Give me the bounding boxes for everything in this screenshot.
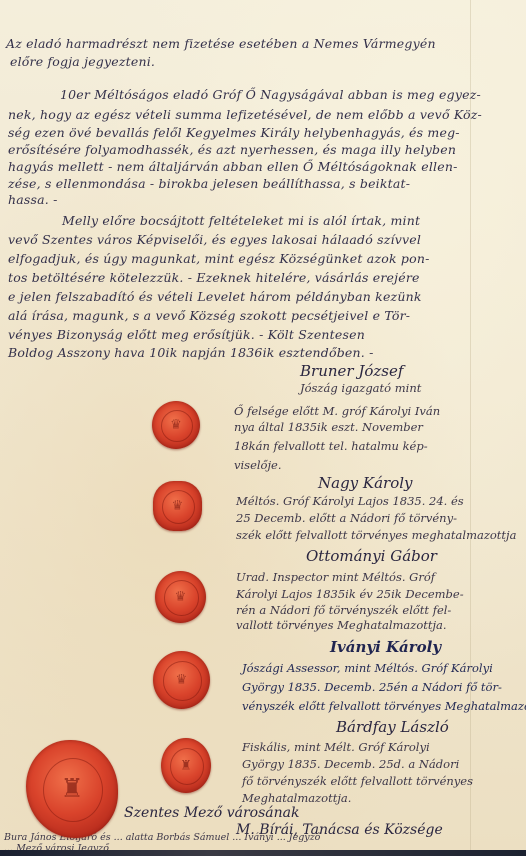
body-line: Melly előre bocsájtott feltételeket mi i… [62, 214, 420, 228]
body-line: Az eladó harmadrészt nem fizetése esetéb… [6, 37, 436, 51]
town-seal: ♜ [26, 740, 118, 838]
signature-note-line: Méltós. Gróf Károlyi Lajos 1835. 24. és [236, 495, 464, 509]
signature-note-line: vallott törvényes Meghatalmazottja. [236, 619, 447, 633]
body-line: hagyás mellett - nem általjárván abban e… [8, 160, 458, 174]
wax-seal: ♛ [152, 401, 200, 449]
signature-note-line: Urad. Inspector mint Méltós. Gróf [236, 571, 435, 585]
signature-note-line: Jószági Assessor, mint Méltós. Gróf Káro… [242, 662, 493, 676]
body-line: ség ezen övé bevallás felől Kegyelmes Ki… [8, 126, 460, 140]
signature-note-line: György 1835. Decemb. 25én a Nádori fő tö… [242, 681, 502, 695]
signature-note-line: György 1835. Decemb. 25d. a Nádori [242, 758, 459, 772]
signature-name: Bárdfay László [336, 718, 449, 736]
signature-name: Iványi Károly [330, 638, 441, 656]
signature-note-line: Károlyi Lajos 1835ik év 25ik Decembe- [236, 588, 464, 602]
signature-note-line: Meghatalmazottja. [242, 792, 351, 806]
wax-seal: ♛ [153, 651, 210, 709]
body-line: vényes Bizonyság előtt meg erősítjük. - … [8, 328, 365, 342]
signature-note-line: fő törvényszék előtt felvallott törvénye… [242, 775, 473, 789]
signature-name: Nagy Károly [318, 474, 413, 492]
wax-seal: ♛ [153, 481, 202, 531]
crest-icon: ♜ [60, 774, 83, 804]
body-line: zése, s ellenmondása - birokba jelesen b… [8, 177, 410, 191]
paper-fold-line [470, 0, 471, 856]
body-line: elfogadjuk, és úgy magunkat, mint egész … [8, 252, 430, 266]
signature-note-line: Ő felsége előtt M. gróf Károlyi Iván [234, 405, 440, 419]
manuscript-page: Az eladó harmadrészt nem fizetése esetéb… [0, 0, 526, 856]
body-line: 10er Méltóságos eladó Gróf Ő Nagyságával… [60, 88, 481, 102]
crest-icon: ♛ [175, 590, 187, 605]
body-line: Boldog Asszony hava 10ik napján 1836ik e… [8, 346, 374, 360]
body-line: tos betöltésére kötelezzük. - Ezeknek hi… [8, 271, 420, 285]
body-line: erősítésére folyamodhassék, és azt nyerh… [8, 143, 456, 157]
body-line: hassa. - [8, 193, 58, 207]
body-line: nek, hogy az egész vételi summa lefizeté… [8, 108, 482, 122]
signature-note-line: 18kán felvallott tel. hatalmu kép- [234, 440, 428, 454]
body-line: alá írása, magunk, s a vevő Község szoko… [8, 309, 410, 323]
signature-note-line: vényszék előtt felvallott törvényes Megh… [242, 700, 526, 714]
closing-line: Szentes Mező városának [124, 805, 299, 821]
signature-name: Bruner József [300, 362, 403, 380]
signature-note-line: rén a Nádori fő törvényszék előtt fel- [236, 604, 451, 618]
signature-note-line: 25 Decemb. előtt a Nádori fő törvény- [236, 512, 457, 526]
crest-icon: ♜ [180, 758, 192, 773]
crest-icon: ♛ [170, 418, 182, 433]
footer-line: Bura János Előljáró és ... alatta Borbás… [4, 832, 320, 843]
wax-seal: ♜ [161, 738, 211, 793]
wax-seal: ♛ [155, 571, 206, 623]
signature-note-line: Jószág igazgató mint [300, 382, 421, 396]
body-line: vevő Szentes város Képviselői, és egyes … [8, 233, 421, 247]
signature-note-line: viselője. [234, 459, 282, 473]
scan-bottom-edge [0, 850, 526, 856]
crest-icon: ♛ [176, 673, 188, 688]
signature-note-line: szék előtt felvallott törvényes meghatal… [236, 529, 516, 543]
signature-note-line: nya által 1835ik eszt. November [234, 421, 423, 435]
signature-note-line: Fiskális, mint Mélt. Gróf Károlyi [242, 741, 430, 755]
crest-icon: ♛ [172, 499, 184, 514]
signature-name: Ottományi Gábor [306, 547, 437, 565]
body-line: előre fogja jegyezteni. [10, 55, 155, 69]
body-line: e jelen felszabadító és vételi Levelet h… [8, 290, 422, 304]
